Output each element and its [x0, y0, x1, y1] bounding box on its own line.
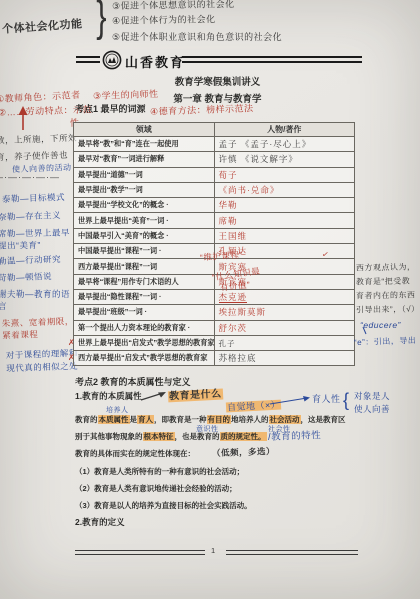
table-row: 最早对“教育”一词进行解释许慎 《说文解字》 — [74, 152, 355, 167]
row-x-mark-icon: ✗ — [68, 353, 75, 362]
margin-note-schiller: 席勒—世界上最早提出“美育” — [0, 226, 74, 251]
p1-seg: 是 — [130, 415, 138, 424]
field-cell: 最早提出“学校文化”的概念 · — [74, 198, 215, 213]
list-item-2: （2）教育是人类有意识地传递社会经验的活动； — [75, 483, 237, 494]
right-note-western-4: 引导出来”，（√） — [356, 303, 420, 315]
field-cell: 最早提出“班级”一词 · — [74, 305, 215, 320]
person-cell: 席勒 — [214, 213, 355, 228]
right-note-western-1: 西方观点认为， — [356, 261, 416, 273]
margin-note-nailer: 奈勒—存在主义 — [0, 209, 61, 223]
table-header-person: 人物/著作 — [214, 123, 355, 137]
margin-note-jiao-def: 教，上所施，下所效 — [0, 132, 77, 147]
table-row: 世界上最早提出“启发式”教学思想的教育家孔子 — [74, 335, 355, 350]
brand-name: 山香教育 — [125, 52, 185, 71]
zijue-note: 自觉地（×） — [226, 398, 282, 414]
table-row: 最早提出“隐性课程”一词 ·杰克逊 — [74, 289, 355, 304]
list-item-3: （3）教育是以人的培养为直接目标的社会实践活动。 — [75, 500, 252, 511]
definition-heading: 2.教育的定义 — [75, 516, 125, 528]
heading-arrow-icon — [141, 392, 166, 400]
field-cell: 最早对“教育”一词进行解释 — [74, 152, 215, 167]
section2-title: 考点2 教育的本质属性与定义 — [75, 375, 191, 388]
educere-note: “educere” — [360, 320, 401, 330]
person-cell: 许慎 《说文解字》 — [214, 152, 355, 167]
person-cell: 王国维 — [214, 228, 355, 243]
field-cell: 中国最早引入“美育”的概念 · — [74, 228, 215, 243]
top-note-item: ④促进个体行为的社会化 — [112, 12, 216, 27]
p2-seg-hl: 质的规定性。 — [220, 432, 267, 441]
field-cell: 最早将“教”和“育”连在一起使用 — [74, 137, 215, 152]
person-cell: 华勒 — [214, 198, 355, 213]
essence-heading: 1.教育的本质属性 — [75, 390, 142, 402]
table-row: 第一个提出人力资本理论的教育家 ·舒尔茨 — [74, 320, 355, 335]
header-rule-right — [182, 56, 362, 63]
table-row: 西方最早提出“启发式”教学思想的教育家苏格拉底 — [74, 351, 355, 366]
paragraph-line-2: 别于其他事物现象的根本特征，也是教育的质的规定性。 — [75, 431, 267, 442]
p1-seg-hl: 育人 — [137, 415, 154, 424]
field-cell: 中国最早提出“课程”一词 · — [74, 244, 215, 259]
doc-title: 教育学寒假集训讲义 — [75, 74, 360, 88]
table-row: 最早提出“班级”一词 ·埃拉斯莫斯 — [74, 305, 355, 320]
brace-line1: 对象是人 — [354, 390, 390, 402]
right-note-western-3: 育者内在的东西 — [356, 289, 416, 301]
brace-icon: } — [96, 0, 106, 42]
red-note-student-trait: ③学生的向师性 — [93, 87, 159, 102]
p1-seg: 地培养人的 — [231, 415, 269, 424]
field-cell: 世界上最早提出“美育”一词 · — [74, 213, 215, 228]
table-row: 最早提出“学校文化”的概念 ·华勒 — [74, 198, 355, 213]
table-row: 最早提出“道德”一词荀子 — [74, 167, 355, 182]
brace-line2: 使人向善 — [354, 403, 390, 415]
person-cell: 埃拉斯莫斯 — [214, 305, 355, 320]
top-note-item: ⑤促进个体职业意识和角色意识的社会化 — [112, 30, 282, 43]
p1-seg: ，即教育是一种 — [154, 415, 207, 424]
header-rule-left — [76, 56, 100, 63]
person-name: 杰克逊 — [219, 292, 248, 303]
yurenxing-note: 育人性 — [312, 392, 341, 405]
person-cell: 舒尔茨 — [214, 320, 355, 335]
p1-seg-hl: 社会活动 — [269, 415, 301, 424]
field-cell: 第一个提出人力资本理论的教育家 · — [74, 320, 215, 335]
p1-seg-hl: 本质属性 — [98, 415, 130, 424]
wordorigin-table: 领域 人物/著作 最早将“教”和“育”连在一起使用孟子 《孟子·尽心上》 最早对… — [73, 122, 355, 366]
table-row: 最早将“教”和“育”连在一起使用孟子 《孟子·尽心上》 — [74, 137, 355, 152]
what-is-education-text: 教育是什么 — [168, 389, 223, 403]
zijue-text: 自觉地（×） — [226, 400, 282, 413]
shanxiang-logo-icon — [102, 50, 122, 70]
red-note-moral-method: ④德育方法：榜样示范法 — [150, 101, 254, 118]
what-is-education-note: 教育是什么 — [168, 385, 223, 403]
page-number: 1 — [211, 546, 215, 555]
person-cell: 《尚书·兑命》 — [214, 182, 355, 197]
person-cell: 苏格拉底 — [214, 351, 355, 366]
margin-note-kohler: 苛勒—顿悟说 — [0, 270, 52, 284]
p2-seg: 别于其他事物现象的 — [75, 432, 143, 441]
pinlv-note: （低频，多选） — [212, 445, 275, 459]
field-cell: 西方最早提出“启发式”教学思想的教育家 — [74, 351, 215, 366]
field-cell: 最早将“课程”用作专门术语的人 — [74, 274, 215, 289]
p2-seg: ，也是教育的 — [175, 432, 220, 441]
right-note-western-2: 教育是“把受教 — [356, 276, 410, 288]
p1-seg: ，这是教育区 — [301, 415, 346, 424]
margin-note-lewin: 勒温—行动研究 — [0, 253, 61, 267]
person-cell: 孔子 — [214, 335, 355, 350]
field-cell: 最早提出“教学”一词 — [74, 182, 215, 197]
table-header-row: 领域 人物/著作 — [74, 123, 355, 137]
field-cell: 西方最早提出“课程”一词 — [74, 259, 215, 274]
top-note-item: ③促进个体思想意识的社会化 — [112, 0, 235, 12]
brace-icon: { — [343, 390, 349, 411]
field-cell: 最早提出“道德”一词 — [74, 167, 215, 182]
p1-seg: 教育的 — [75, 415, 98, 424]
row-x-mark-icon: ✗ — [68, 338, 75, 347]
table-row: 最早提出“教学”一词《尚书·兑命》 — [74, 182, 355, 197]
margin-note-scheffler: 谢夫勒—教育的语言 — [0, 288, 70, 312]
footer-rule-left — [75, 550, 205, 555]
person-cell: 孟子 《孟子·尽心上》 — [214, 137, 355, 152]
table-header-field: 领域 — [74, 123, 215, 137]
list-item-1: （1）教育是人类所特有的一种有意识的社会活动； — [75, 466, 244, 477]
p2-seg-hl: 根本特征 — [143, 432, 175, 441]
texing-note: /教育的特性 — [268, 427, 322, 443]
margin-note-taylor: 泰勒—目标模式 — [2, 191, 65, 205]
person-cell: 荀子 — [214, 167, 355, 182]
top-note-label: 个体社会化功能 — [2, 15, 83, 37]
e-meaning-note: “e”：引出，导出 — [354, 335, 417, 348]
margin-divider: —·—·—·—·— — [0, 172, 60, 182]
margin-note-yu-def: 育，养子使作善也 — [0, 149, 68, 164]
field-cell: 最早提出“隐性课程”一词 · — [74, 289, 215, 304]
field-cell: 世界上最早提出“启发式”教学思想的教育家 — [74, 335, 215, 350]
table-row: 中国最早引入“美育”的概念 ·王国维 — [74, 228, 355, 243]
paragraph-line-3: 教育的具体而实在的规定性体现在： — [75, 448, 195, 459]
table-row: 世界上最早提出“美育”一词 ·席勒 — [74, 213, 355, 228]
notes-photo-page: 个体社会化功能 } ③促进个体思想意识的社会化 ④促进个体行为的社会化 ⑤促进个… — [0, 0, 420, 599]
p1-seg-hl: 有目的 — [207, 415, 232, 424]
section1-title: 考点1 最早的词源 — [75, 102, 146, 115]
footer-rule-right — [226, 550, 358, 555]
